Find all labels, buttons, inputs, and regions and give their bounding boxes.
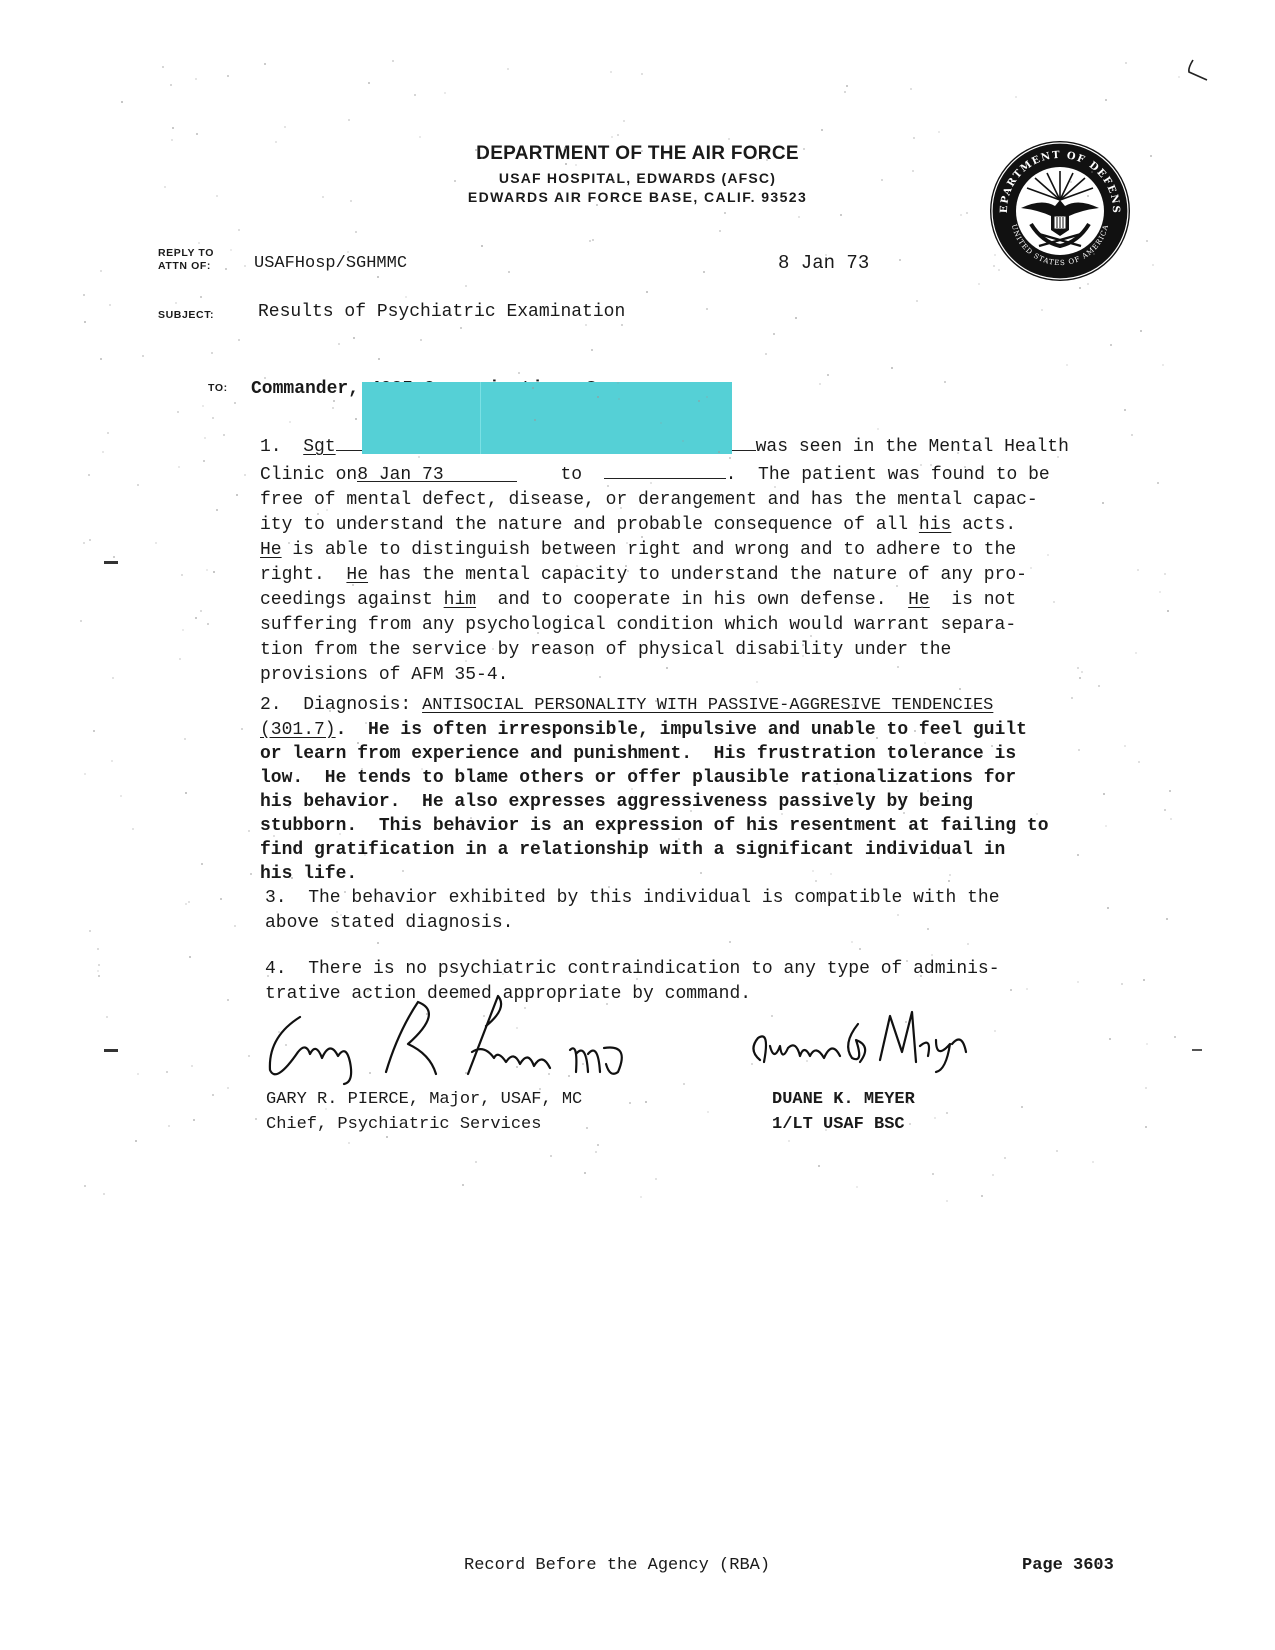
p2-line3: or learn from experience and punishment.… — [260, 742, 1049, 766]
p1-date-to-blank — [604, 460, 726, 479]
p2-line5: his behavior. He also expresses aggressi… — [260, 790, 1049, 814]
p1-line2-end: . The patient was found to be — [726, 465, 1050, 485]
p1-line4-start: ity to understand the nature and probabl… — [260, 515, 908, 535]
signature-meyer — [740, 1000, 980, 1080]
signature-block-right: DUANE K. MEYER 1/LT USAF BSC — [772, 1087, 915, 1137]
to-label: TO: — [208, 382, 228, 395]
p2-line2: (301.7). He is often irresponsible, impu… — [260, 718, 1049, 742]
p1-line6-end: has the mental capacity to understand th… — [368, 565, 1027, 585]
p4-line1: 4. There is no psychiatric contraindicat… — [265, 957, 1000, 982]
signature-block-left: GARY R. PIERCE, Major, USAF, MC Chief, P… — [266, 1087, 582, 1137]
p2-line4: low. He tends to blame others or offer p… — [260, 766, 1049, 790]
p2-line2-end: . He is often irresponsible, impulsive a… — [336, 720, 1027, 740]
paragraph-3: 3. The behavior exhibited by this indivi… — [265, 886, 1000, 936]
reply-to-value: USAFHosp/SGHMMC — [254, 251, 407, 276]
p1-date-from: 8 Jan 73 — [357, 465, 443, 485]
p1-line8: suffering from any psychological conditi… — [260, 613, 1069, 638]
p1-line9: tion from the service by reason of physi… — [260, 638, 1069, 663]
p1-line7: ceedings against him and to cooperate in… — [260, 588, 1069, 613]
reply-label-line1: REPLY TO — [158, 247, 214, 260]
paragraph-1: 1. Sgtwas seen in the Mental Health Clin… — [260, 432, 1069, 688]
p1-line7-start: ceedings against — [260, 590, 444, 610]
p1-line3: free of mental defect, disease, or deran… — [260, 488, 1069, 513]
p2-line1: 2. Diagnosis: ANTISOCIAL PERSONALITY WIT… — [260, 693, 1049, 718]
p3-line2: above stated diagnosis. — [265, 911, 1000, 936]
redaction-box — [362, 382, 732, 454]
p1-number: 1. — [260, 437, 282, 457]
reply-to-label: REPLY TO ATTN OF: — [158, 247, 214, 273]
p1-to-word: to — [560, 465, 582, 485]
p1-line2: Clinic on8 Jan 73 to . The patient was f… — [260, 460, 1069, 488]
p1-pronoun-he-3: He — [908, 590, 930, 610]
p1-date-from-field: 8 Jan 73 — [357, 463, 517, 482]
p1-line6-start: right. — [260, 565, 346, 585]
p1-pronoun-his: his — [919, 515, 951, 535]
p1-line6: right. He has the mental capacity to und… — [260, 563, 1069, 588]
footer-record: Record Before the Agency (RBA) — [464, 1556, 770, 1575]
dod-seal-icon: DEPARTMENT OF DEFENSE UNITED STATES OF A… — [987, 138, 1133, 284]
p1-clinic-on: Clinic on — [260, 465, 357, 485]
memo-date: 8 Jan 73 — [778, 251, 869, 276]
margin-mark — [104, 1049, 118, 1052]
paragraph-2: 2. Diagnosis: ANTISOCIAL PERSONALITY WIT… — [260, 693, 1049, 886]
p2-number: 2. — [260, 695, 282, 715]
footer-page-number: Page 3603 — [1022, 1556, 1114, 1575]
p3-line1: 3. The behavior exhibited by this indivi… — [265, 886, 1000, 911]
p1-line10: provisions of AFM 35-4. — [260, 663, 1069, 688]
pen-mark — [1185, 58, 1215, 82]
p1-line7-mid: and to cooperate in his own defense. — [476, 590, 908, 610]
signature-pierce — [258, 992, 678, 1087]
p1-line7-end: is not — [930, 590, 1016, 610]
p1-pronoun-he-2: He — [346, 565, 368, 585]
signer-left-title: Chief, Psychiatric Services — [266, 1112, 582, 1137]
p1-line5: He is able to distinguish between right … — [260, 538, 1069, 563]
p1-line5-end: is able to distinguish between right and… — [282, 540, 1017, 560]
p1-line1-end: was seen in the Mental Health — [756, 437, 1069, 457]
p1-pronoun-he-1: He — [260, 540, 282, 560]
p1-line4-end: acts. — [951, 515, 1016, 535]
signer-right-title: 1/LT USAF BSC — [772, 1112, 915, 1137]
margin-mark — [104, 561, 118, 564]
p2-line7: find gratification in a relationship wit… — [260, 838, 1049, 862]
signer-right-name: DUANE K. MEYER — [772, 1087, 915, 1112]
p2-line6: stubborn. This behavior is an expression… — [260, 814, 1049, 838]
signer-left-name: GARY R. PIERCE, Major, USAF, MC — [266, 1087, 582, 1112]
p2-diagnosis-label: Diagnosis: — [303, 695, 411, 715]
p2-line8: his life. — [260, 862, 1049, 886]
redaction-seam — [480, 382, 481, 454]
p2-diagnosis: ANTISOCIAL PERSONALITY WITH PASSIVE-AGGR… — [422, 696, 993, 715]
subject-label: SUBJECT: — [158, 309, 214, 322]
p1-pronoun-him: him — [444, 590, 476, 610]
p1-rank: Sgt — [303, 437, 335, 457]
p1-line4: ity to understand the nature and probabl… — [260, 513, 1069, 538]
margin-mark — [1192, 1049, 1202, 1051]
reply-label-line2: ATTN OF: — [158, 260, 214, 273]
p2-diagnosis-code: (301.7) — [260, 720, 336, 740]
subject-value: Results of Psychiatric Examination — [258, 300, 625, 325]
